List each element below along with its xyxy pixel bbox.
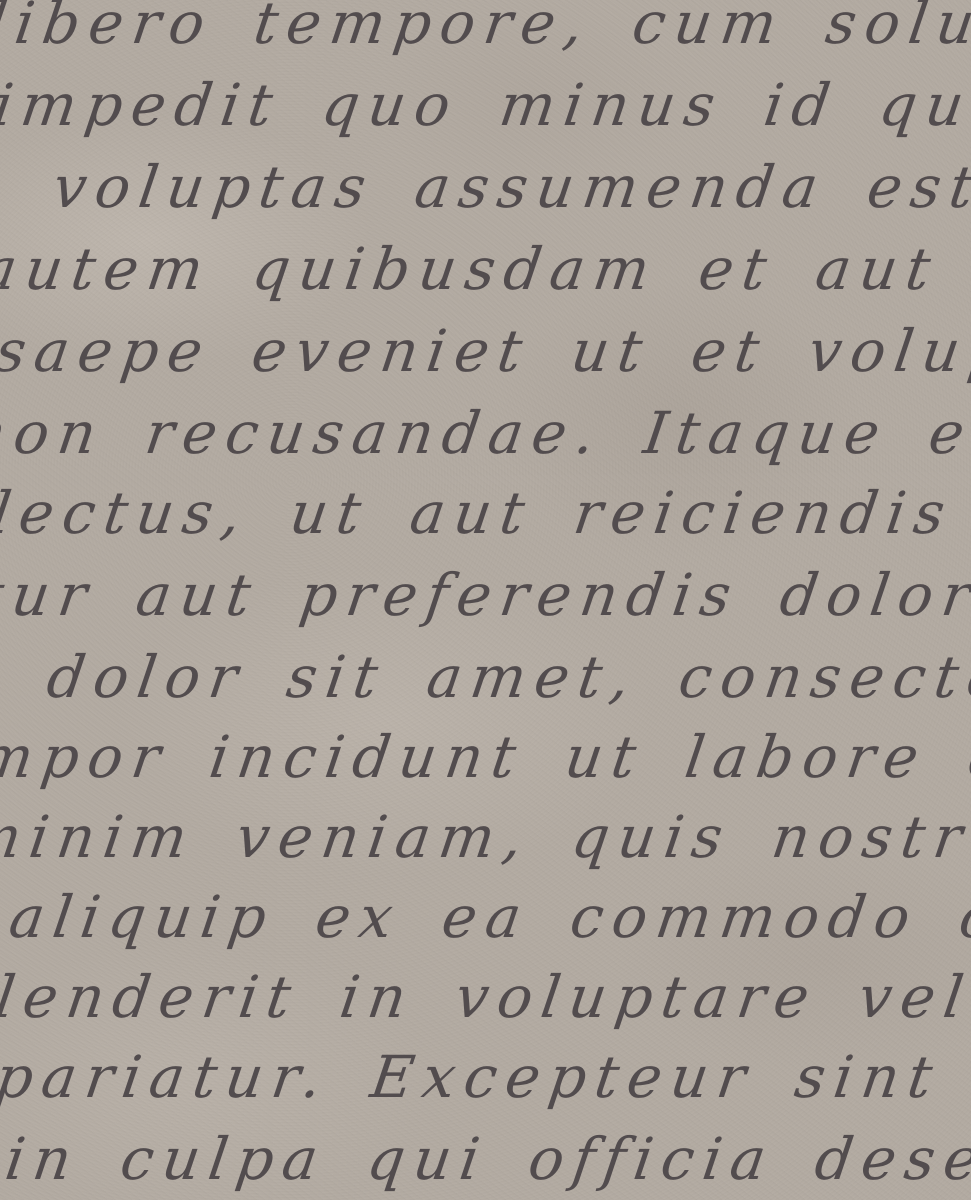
script-line: libero tempore, cum soluta no [0,0,971,52]
script-line: impedit quo minus id quod [0,76,971,134]
script-line: minim veniam, quis nostrud [0,808,971,866]
script-line: in culpa qui officia deserunt [2,1130,971,1188]
script-line: autem quibusdam et aut offi [0,240,971,298]
script-line: n dolor sit amet, consectetur [0,648,971,706]
script-line: lenderit in voluptare velit e [0,968,971,1026]
script-line: pariatur. Excepteur sint occ [0,1048,971,1106]
script-line: saepe eveniet ut et voluptat [0,322,971,380]
script-line: mpor incidunt ut labore et [0,728,971,786]
handwritten-script-pattern: libero tempore, cum soluta no impedit qu… [0,0,971,1200]
script-line: lectus, ut aut reiciendis vo [0,484,971,542]
script-line: non recusandae. Itaque earum [0,404,971,462]
script-line: tur aut preferendis doloribu [0,566,971,624]
script-line: aliquip ex ea commodo conseq [6,888,971,946]
script-line: n voluptas assumenda est, omn [0,158,971,216]
